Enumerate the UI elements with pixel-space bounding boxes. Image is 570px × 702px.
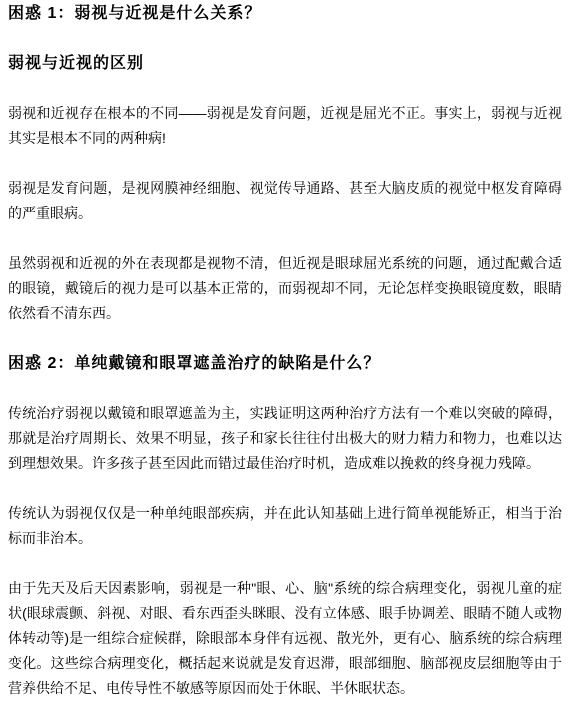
heading-question-2: 困惑 2：单纯戴镜和眼罩遮盖治疗的缺陷是什么？ <box>8 351 562 376</box>
paragraph-development-issue: 弱视是发育问题，是视网膜神经细胞、视觉传导通路、甚至大脑皮质的视觉中枢发育障碍的… <box>8 176 562 226</box>
paragraph-eye-heart-brain: 由于先天及后天因素影响，弱视是一种"眼、心、脑"系统的综合病理变化，弱视儿童的症… <box>8 576 562 701</box>
paragraph-traditional-treatment: 传统治疗弱视以戴镜和眼罩遮盖为主，实践证明这两种治疗方法有一个难以突破的障碍，那… <box>8 401 562 476</box>
article-body: 困惑 1：弱视与近视是什么关系？ 弱视与近视的区别 弱视和近视存在根本的不同——… <box>0 0 570 701</box>
subheading-difference: 弱视与近视的区别 <box>8 51 562 76</box>
heading-question-1: 困惑 1：弱视与近视是什么关系？ <box>8 1 562 26</box>
paragraph-root-difference: 弱视和近视存在根本的不同——弱视是发育问题，近视是屈光不正。事实上，弱视与近视其… <box>8 101 562 151</box>
paragraph-symptom-not-root: 传统认为弱视仅仅是一种单纯眼部疾病，并在此认知基础上进行简单视能矫正，相当于治标… <box>8 501 562 551</box>
paragraph-glasses-comparison: 虽然弱视和近视的外在表现都是视物不清，但近视是眼球屈光系统的问题，通过配戴合适的… <box>8 251 562 326</box>
